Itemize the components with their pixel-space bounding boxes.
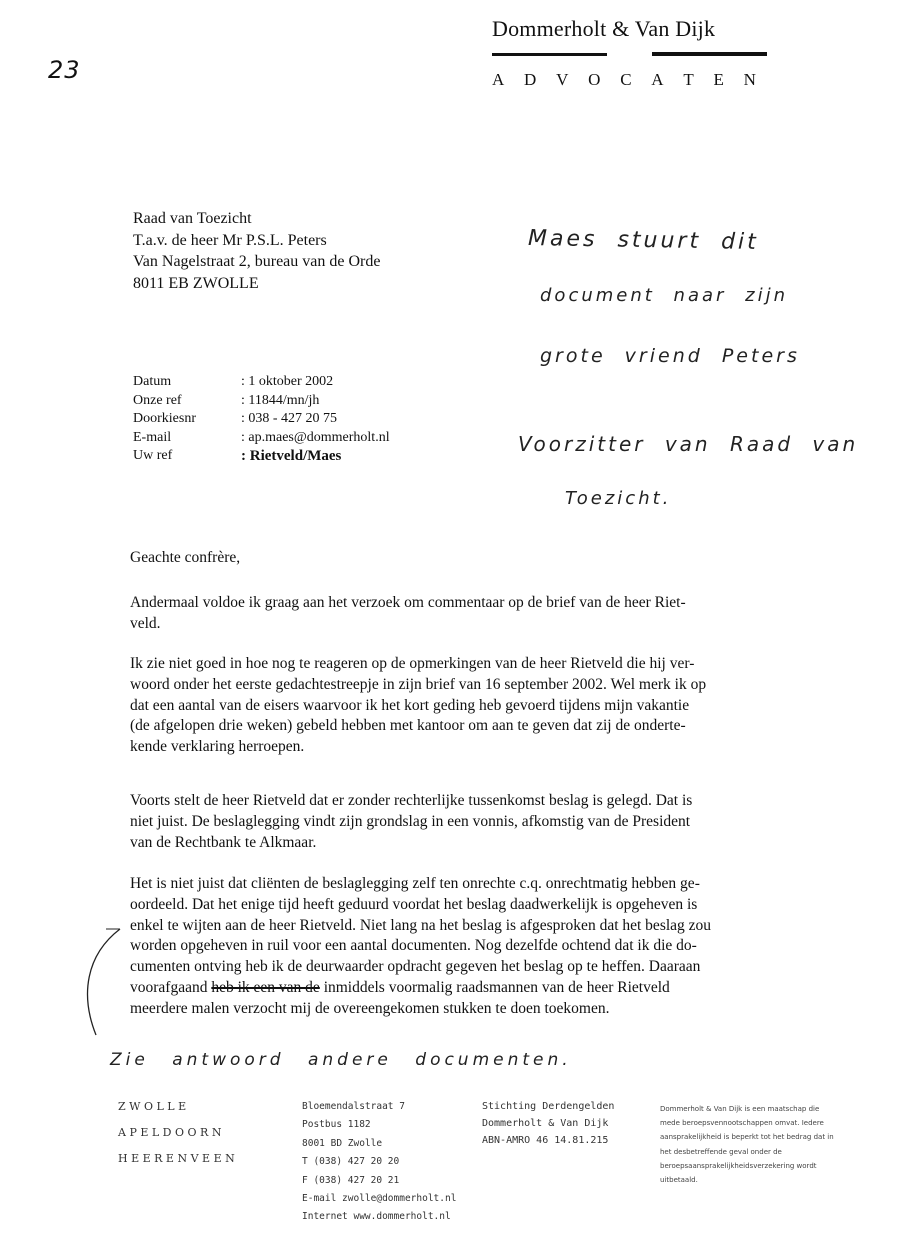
- firm-subtitle-letter: A: [492, 70, 504, 90]
- meta-row-your-ref: Uw ref : Rietveld/Maes: [133, 447, 390, 466]
- handwritten-margin-bracket: [76, 925, 124, 1045]
- escrow-line: ABN-AMRO 46 14.81.215: [482, 1132, 614, 1149]
- struck-text: heb ik een van de: [211, 979, 319, 996]
- handwritten-note-line: Maes stuurt dit: [528, 226, 759, 255]
- office-city: HEERENVEEN: [118, 1146, 238, 1172]
- address-line: Raad van Toezicht: [133, 208, 380, 230]
- address-line: Van Nagelstraat 2, bureau van de Orde: [133, 251, 380, 273]
- liability-disclaimer: Dommerholt & Van Dijk is een maatschap d…: [660, 1102, 840, 1187]
- meta-label: Datum: [133, 373, 241, 392]
- letterhead: Dommerholt & Van Dijk ADVOCATEN: [492, 16, 764, 90]
- meta-value: : 11844/mn/jh: [241, 392, 319, 411]
- meta-value: : Rietveld/Maes: [241, 447, 341, 466]
- meta-label: E-mail: [133, 429, 241, 448]
- escrow-line: Stichting Derdengelden: [482, 1098, 614, 1115]
- meta-label: Uw ref: [133, 447, 241, 466]
- office-city: APELDOORN: [118, 1120, 238, 1146]
- address-line: T.a.v. de heer Mr P.S.L. Peters: [133, 230, 380, 252]
- recipient-address: Raad van Toezicht T.a.v. de heer Mr P.S.…: [133, 208, 380, 294]
- address-line: 8011 EB ZWOLLE: [133, 273, 380, 295]
- paragraph: Andermaal voldoe ik graag aan het verzoe…: [130, 593, 800, 635]
- handwritten-note-line: grote vriend Peters: [540, 345, 800, 367]
- contact-line: E-mail zwolle@dommerholt.nl: [302, 1190, 456, 1208]
- meta-row-our-ref: Onze ref : 11844/mn/jh: [133, 392, 390, 411]
- meta-value: : 038 - 427 20 75: [241, 410, 337, 429]
- contact-details: Bloemendalstraat 7 Postbus 1182 8001 BD …: [302, 1098, 456, 1227]
- contact-line: Internet www.dommerholt.nl: [302, 1208, 456, 1226]
- firm-subtitle-letter: O: [588, 70, 600, 90]
- office-city: ZWOLLE: [118, 1094, 238, 1120]
- meta-value: : 1 oktober 2002: [241, 373, 333, 392]
- contact-line: T (038) 427 20 20: [302, 1153, 456, 1171]
- contact-line: 8001 BD Zwolle: [302, 1135, 456, 1153]
- contact-line: Postbus 1182: [302, 1116, 456, 1134]
- firm-subtitle-letter: D: [524, 70, 536, 90]
- firm-subtitle-letter: T: [683, 70, 693, 90]
- handwritten-page-number: 23: [48, 56, 81, 84]
- meta-row-date: Datum : 1 oktober 2002: [133, 373, 390, 392]
- firm-name: Dommerholt & Van Dijk: [492, 16, 764, 42]
- office-locations: ZWOLLE APELDOORN HEERENVEEN: [118, 1094, 238, 1172]
- handwritten-footer-note: Zie antwoord andere documenten.: [110, 1050, 572, 1070]
- handwritten-note-line: document naar zijn: [540, 285, 788, 306]
- handwritten-note-line: Voorzitter van Raad van: [518, 432, 858, 456]
- letterhead-rule: [492, 52, 764, 56]
- paragraph-with-strikethrough: Het is niet juist dat cliënten de beslag…: [130, 874, 800, 1020]
- letter-metadata: Datum : 1 oktober 2002 Onze ref : 11844/…: [133, 373, 390, 466]
- paragraph-text: Het is niet juist dat cliënten de beslag…: [130, 875, 711, 996]
- handwritten-note-line: Toezicht.: [565, 488, 671, 509]
- firm-subtitle-letter: A: [651, 70, 663, 90]
- meta-label: Onze ref: [133, 392, 241, 411]
- paragraph: Voorts stelt de heer Rietveld dat er zon…: [130, 791, 800, 853]
- meta-label: Doorkiesnr: [133, 410, 241, 429]
- contact-line: F (038) 427 20 21: [302, 1172, 456, 1190]
- meta-row-direct-line: Doorkiesnr : 038 - 427 20 75: [133, 410, 390, 429]
- escrow-account: Stichting Derdengelden Dommerholt & Van …: [482, 1098, 614, 1149]
- salutation: Geachte confrère,: [130, 548, 800, 569]
- contact-line: Bloemendalstraat 7: [302, 1098, 456, 1116]
- firm-subtitle-letter: E: [714, 70, 724, 90]
- escrow-line: Dommerholt & Van Dijk: [482, 1115, 614, 1132]
- meta-row-email: E-mail : ap.maes@dommerholt.nl: [133, 429, 390, 448]
- meta-value: : ap.maes@dommerholt.nl: [241, 429, 390, 448]
- firm-subtitle-letter: N: [744, 70, 756, 90]
- paragraph: Ik zie niet goed in hoe nog te reageren …: [130, 654, 800, 758]
- firm-subtitle-letter: C: [620, 70, 631, 90]
- firm-subtitle-letter: V: [556, 70, 568, 90]
- firm-subtitle: ADVOCATEN: [492, 70, 756, 90]
